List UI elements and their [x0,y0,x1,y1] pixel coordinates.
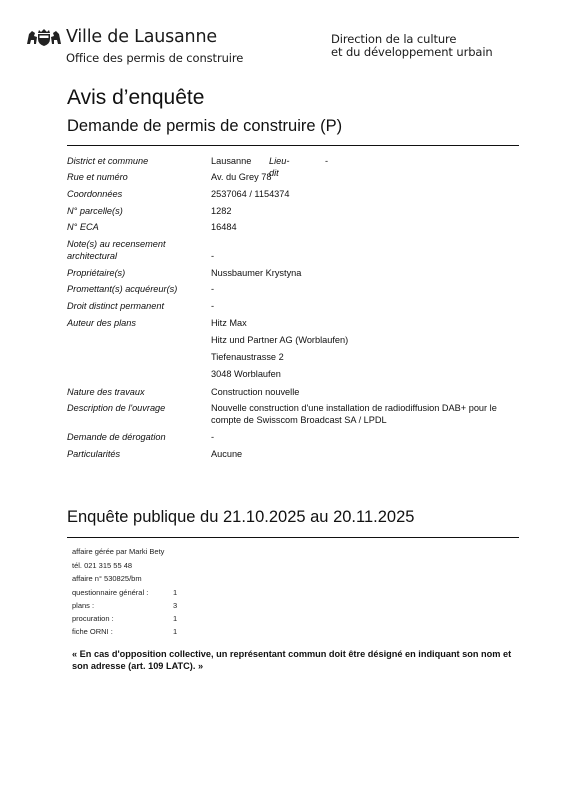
document-count: questionnaire général : 1 [72,588,148,597]
document-count-value: 1 [173,588,177,597]
field-value: 3048 Worblaufen [211,369,531,381]
field-label: architectural [67,251,207,263]
city-name: Ville de Lausanne [66,27,217,47]
document-count: fiche ORNI : 1 [72,627,113,636]
document-label: plans : [72,601,94,610]
field-label: Nature des travaux [67,387,207,399]
divider-enquete [67,537,519,538]
field-value: Tiefenaustrasse 2 [211,352,531,364]
affaire-geree-par: affaire gérée par Marki Bety [72,547,164,556]
direction-name: Direction de la culture et du développem… [331,33,493,59]
field-value: - [211,432,531,444]
lausanne-coat-of-arms-icon [26,28,62,46]
field-value: - [325,156,328,168]
field-label: Particularités [67,449,207,461]
field-value: Hitz und Partner AG (Worblaufen) [211,335,531,347]
document-count: plans : 3 [72,601,94,610]
field-value: 16484 [211,222,531,234]
affaire-numero: affaire n° 530825/bm [72,574,142,583]
affaire-tel: tél. 021 315 55 48 [72,561,132,570]
document-count-value: 1 [173,614,177,623]
field-value: Nussbaumer Krystyna [211,268,531,280]
field-label: Note(s) au recensement [67,239,207,251]
document-label: fiche ORNI : [72,627,113,636]
field-value: Aucune [211,449,531,461]
document-count-value: 1 [173,627,177,636]
document-label: procuration : [72,614,114,623]
field-label: N° parcelle(s) [67,206,207,218]
field-value: - [211,301,531,313]
field-value: Av. du Grey 78 [211,172,531,184]
page-title: Avis d’enquête [67,86,204,110]
field-value: 2537064 / 1154374 [211,189,531,201]
field-value: Hitz Max [211,318,531,330]
divider-top [67,145,519,146]
field-label: Droit distinct permanent [67,301,207,313]
field-label: District et commune [67,156,207,168]
field-value: - [211,251,531,263]
direction-line-2: et du développement urbain [331,46,493,59]
field-value: Nouvelle construction d'une installation… [211,403,529,426]
document-count-value: 3 [173,601,177,610]
office-name: Office des permis de construire [66,51,243,65]
field-label: Demande de dérogation [67,432,207,444]
field-label: Description de l'ouvrage [67,403,207,415]
enquete-period: Enquête publique du 21.10.2025 au 20.11.… [67,508,414,527]
field-value: 1282 [211,206,531,218]
field-label: Promettant(s) acquéreur(s) [67,284,207,296]
field-label: Auteur des plans [67,318,207,330]
field-label: Propriétaire(s) [67,268,207,280]
field-label: Rue et numéro [67,172,207,184]
field-value: Construction nouvelle [211,387,531,399]
field-value: Lausanne [211,156,531,168]
field-label: N° ECA [67,222,207,234]
field-label: Coordonnées [67,189,207,201]
document-count: procuration : 1 [72,614,114,623]
page-subtitle: Demande de permis de construire (P) [67,117,342,136]
opposition-notice: « En cas d'opposition collective, un rep… [72,648,522,672]
field-value: - [211,284,531,296]
document-label: questionnaire général : [72,588,148,597]
